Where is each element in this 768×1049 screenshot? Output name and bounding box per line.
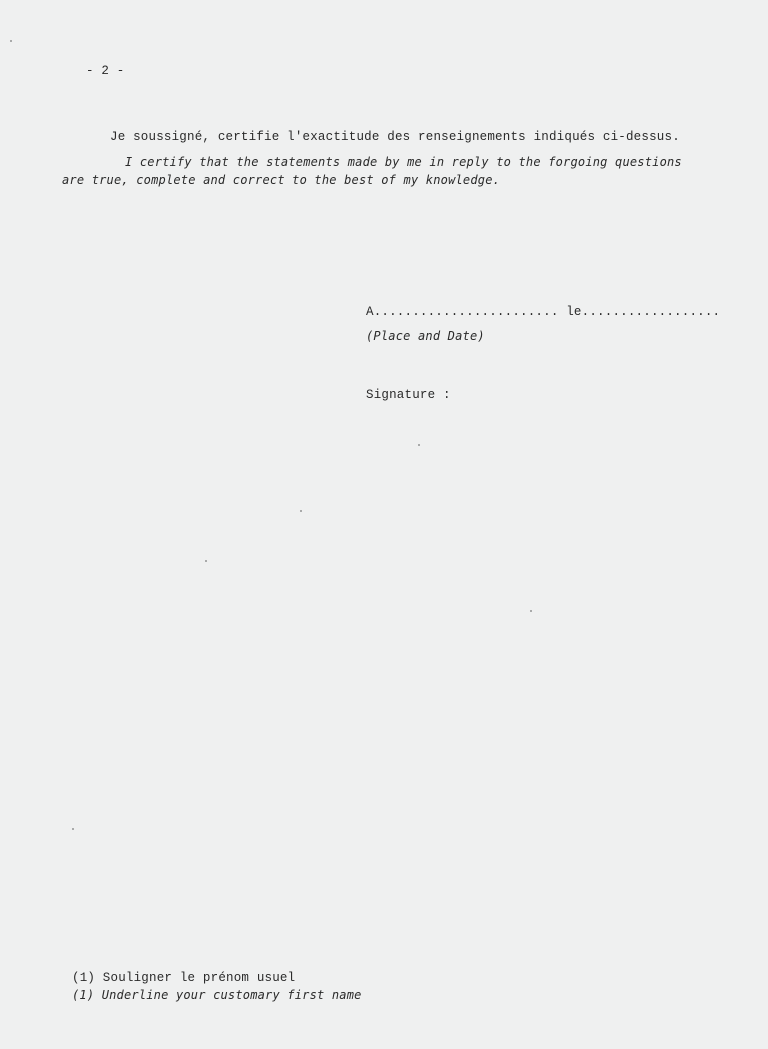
certification-english-line1: I certify that the statements made by me… xyxy=(125,155,682,169)
scan-speck xyxy=(300,510,302,512)
scan-speck xyxy=(72,828,74,830)
signature-label: Signature : xyxy=(366,388,451,402)
scan-speck xyxy=(530,610,532,612)
place-date-field[interactable]: A........................ le............… xyxy=(366,305,720,319)
page-number: - 2 - xyxy=(86,64,125,78)
place-date-caption: (Place and Date) xyxy=(366,329,485,343)
certification-french: Je soussigné, certifie l'exactitude des … xyxy=(110,130,680,144)
footnote-english: (1) Underline your customary first name xyxy=(72,988,362,1002)
scan-speck xyxy=(205,560,207,562)
certification-english-line2: are true, complete and correct to the be… xyxy=(62,173,500,187)
scan-speck xyxy=(10,40,12,42)
footnote-french: (1) Souligner le prénom usuel xyxy=(72,971,295,985)
scan-speck xyxy=(418,444,420,446)
